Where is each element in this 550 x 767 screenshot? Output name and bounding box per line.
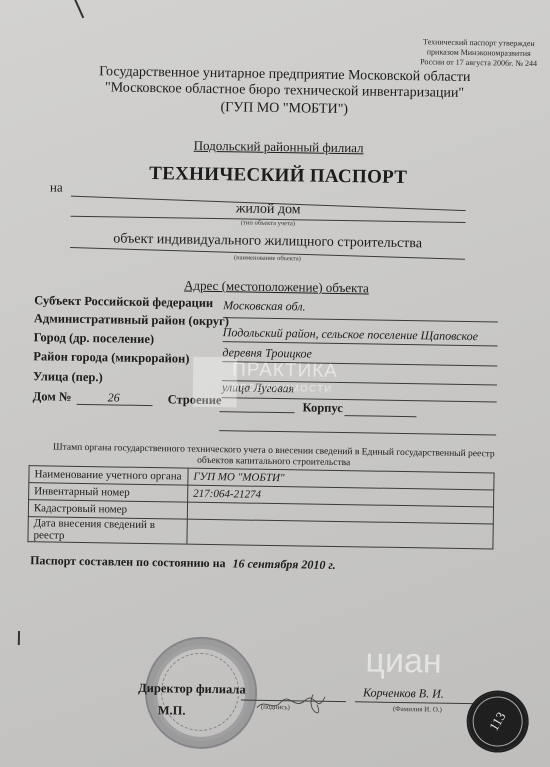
registry-label: Дата внесения сведений в реестр [28,517,187,544]
composed-statement: Паспорт составлен по состоянию на 16 сен… [30,553,336,573]
document-title: ТЕХНИЧЕСКИЙ ПАСПОРТ [3,161,550,192]
block-label: Корпус [302,400,342,416]
name-caption: (Фамилия И. О.) [393,705,442,714]
divider [355,701,473,704]
subject-value: Московская обл. [223,298,306,314]
branch-name: Подольский районный филиал [4,135,550,160]
director-name: Корченков В. И. [363,685,444,701]
microdistrict-label: Район города (микрорайон) [33,349,189,366]
district-label: Административный район (округ) [34,311,229,329]
watermark-cian: циан [365,641,442,681]
margin-mark [73,0,84,18]
watermark-praktika-sub: НЕДВИЖИМОСТИ [232,382,333,395]
house-label: Дом № [33,389,72,405]
approval-note: Технический паспорт утвержден приказом М… [420,37,537,69]
margin-mark [18,631,20,645]
divider [223,317,498,322]
on-label: на [50,179,63,195]
street-label: Улица (пер.) [33,369,103,385]
divider [222,397,497,402]
house-value: 26 [108,390,120,405]
watermark-praktika: ПРАКТИКА [232,359,338,383]
registry-value [187,519,493,549]
praktika-logo-icon [193,357,238,408]
divider [219,430,496,435]
numbered-stamp: 113 [458,682,538,762]
divider [219,411,294,413]
approval-line: России от 17 августа 2006г. № 244 [420,57,537,69]
passport-page: Технический паспорт утвержден приказом М… [0,0,550,767]
seal-place-label: М.П. [158,703,186,718]
registry-table: Наименование учетного органа ГУП МО "МОБ… [27,465,494,549]
divider [344,415,416,417]
stamp-number: 113 [486,709,510,734]
subject-label: Субъект Российской федерации [34,293,213,311]
composed-date: 16 сентября 2010 г. [232,556,335,572]
position-label: Директор филиала [138,681,246,698]
signature-caption: (подпись) [261,703,290,711]
divider [77,404,153,406]
composed-label: Паспорт составлен по состоянию на [30,553,226,570]
city-label: Город (др. поселение) [34,330,155,347]
